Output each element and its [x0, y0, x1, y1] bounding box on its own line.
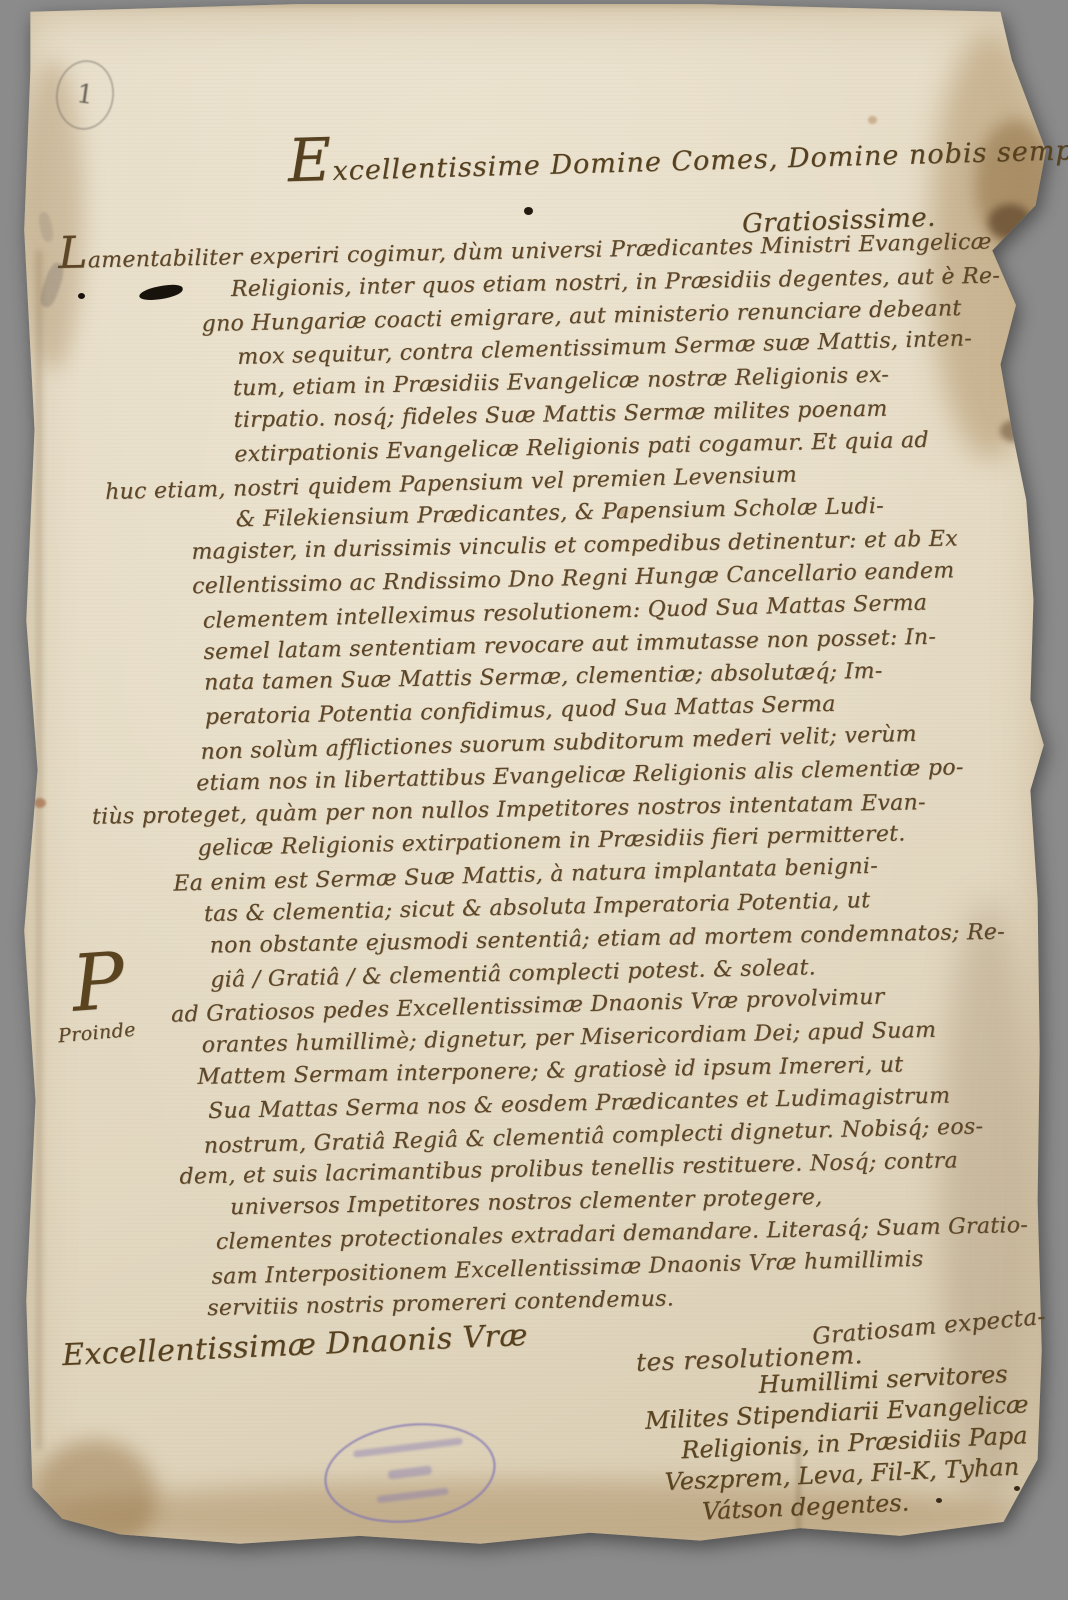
foxing-spot: [34, 798, 46, 808]
archival-stamp: [319, 1414, 502, 1532]
folio-number: 1: [75, 79, 96, 111]
scan-background: 1 Excellentissime Domine Comes, Domine n…: [0, 0, 1068, 1600]
stain: [32, 1440, 157, 1555]
signature-block: Humillimi servitoresMilites Stipendiarii…: [618, 1358, 1033, 1531]
ink-blot: [524, 207, 533, 215]
foxing-spot: [868, 116, 877, 124]
body-lines: Lamentabiliter experiri cogimur, dùm uni…: [58, 226, 1030, 1328]
margin-initial: P: [69, 936, 128, 1029]
crease-left: [36, 250, 42, 1450]
